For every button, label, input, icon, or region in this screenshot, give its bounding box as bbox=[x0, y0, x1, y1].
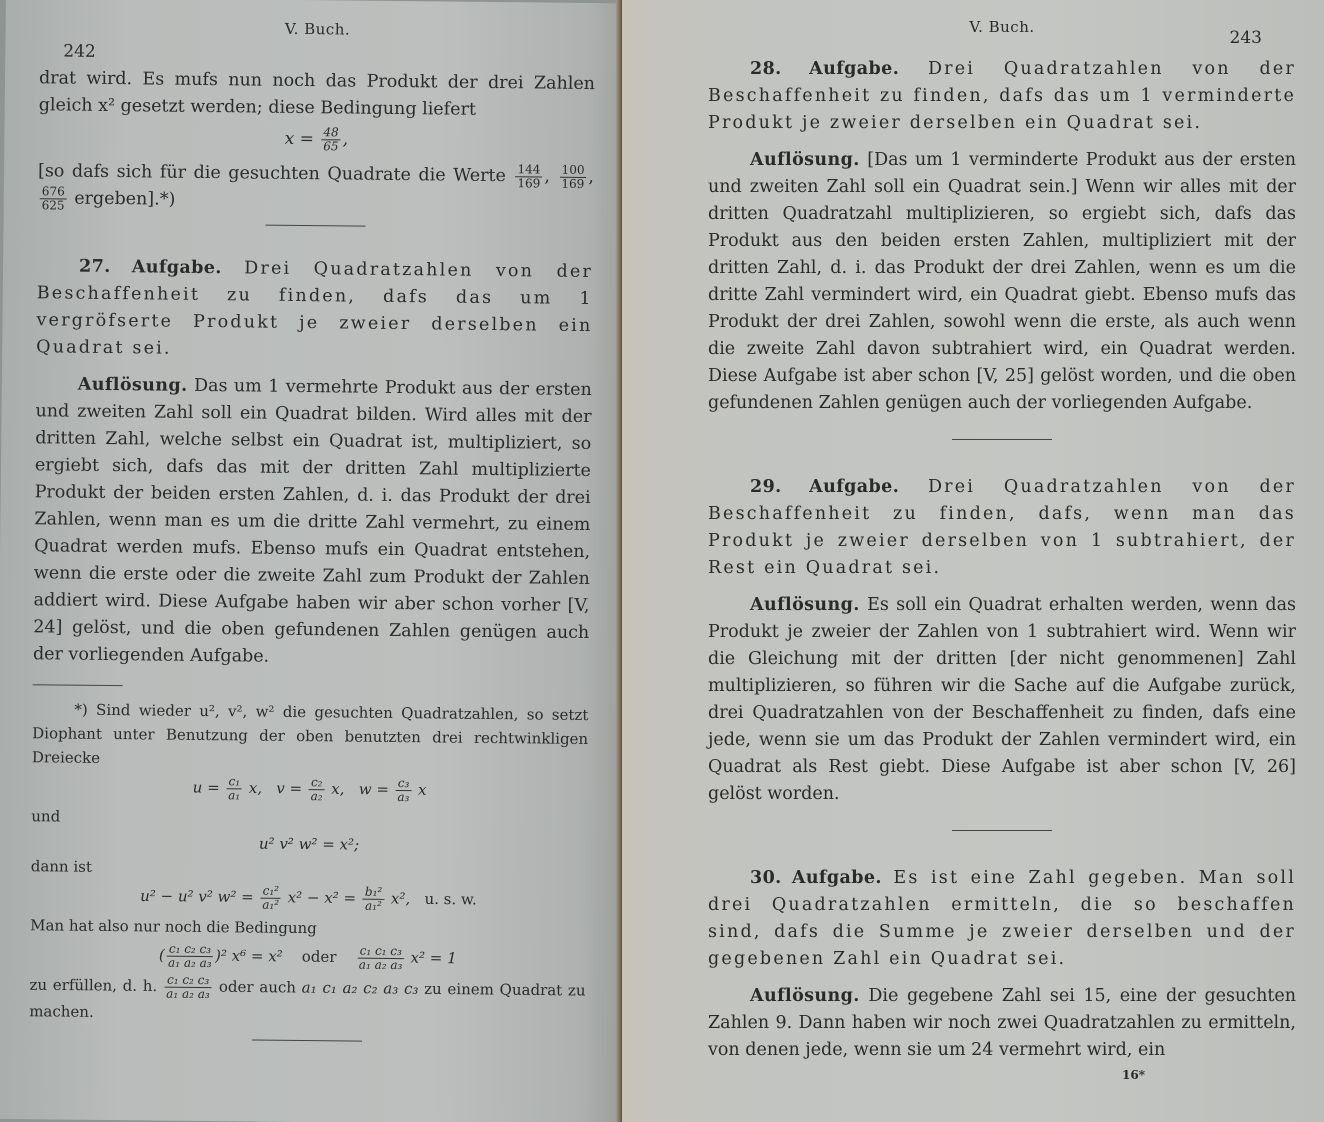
fraction: c₂a₂ bbox=[309, 776, 325, 803]
fraction: c₁²a₁² bbox=[260, 885, 281, 912]
problem-30-statement: 30. Aufgabe. Es ist eine Zahl gegeben. M… bbox=[708, 865, 1296, 973]
fraction: 100169 bbox=[559, 164, 586, 191]
problem-28-solution: Auflösung. [Das um 1 verminderte Produkt… bbox=[708, 147, 1296, 417]
values-sentence: [so dafs sich für die gesuchten Quadrate… bbox=[38, 158, 595, 218]
end-divider bbox=[252, 1040, 362, 1042]
problem-label: 29. Aufgabe. bbox=[750, 477, 899, 497]
footnote-condition-intro: Man hat also nur noch die Bedingung bbox=[30, 913, 586, 943]
continuation-text: drat wird. Es mufs nun noch das Produkt … bbox=[39, 65, 596, 125]
page-number: 243 bbox=[1230, 28, 1262, 48]
problem-27-statement: 27. Aufgabe. Drei Quadratzahlen von der … bbox=[36, 253, 593, 367]
fraction: c₁ c₂ c₃a₁ a₂ a₃ bbox=[167, 943, 214, 970]
footnote-und: und bbox=[31, 804, 587, 834]
footnote-eq-condition: (c₁ c₂ c₃a₁ a₂ a₃)² x⁶ = x² oder c₁ c₁ c… bbox=[30, 941, 586, 974]
solution-label: Auflösung. bbox=[78, 375, 188, 396]
fraction: b₁²a₁² bbox=[363, 886, 385, 913]
solution-label: Auflösung. bbox=[750, 986, 860, 1006]
section-divider bbox=[952, 439, 1052, 440]
fraction: c₁ c₁ c₃a₁ a₂ a₃ bbox=[357, 945, 404, 972]
page-number: 242 bbox=[63, 41, 96, 61]
section-divider bbox=[265, 225, 365, 227]
solution-label: Auflösung. bbox=[750, 595, 860, 615]
footnote-closing: zu erfüllen, d. h. c₁ c₂ c₃a₁ a₂ a₃ oder… bbox=[29, 972, 586, 1029]
fraction: c₁ c₂ c₃a₁ a₂ a₃ bbox=[165, 974, 212, 1001]
book-spread: V. Buch. 242 drat wird. Es mufs nun noch… bbox=[0, 0, 1324, 1122]
footnote-eq-uvw: u = c₁a₁ x, v = c₂a₂ x, w = c₃a₃ x bbox=[31, 773, 587, 806]
footnote-eq-product: u² v² w² = x²; bbox=[31, 832, 587, 856]
fraction: 4865 bbox=[321, 126, 341, 153]
problem-28-statement: 28. Aufgabe. Drei Quadratzahlen von der … bbox=[708, 56, 1296, 137]
solution-label: Auflösung. bbox=[750, 150, 860, 170]
problem-30-solution: Auflösung. Die gegebene Zahl sei 15, ein… bbox=[708, 983, 1296, 1064]
footnote: *) Sind wieder u², v², w² die gesuchten … bbox=[29, 697, 588, 1029]
problem-29-solution: Auflösung. Es soll ein Quadrat erhalten … bbox=[708, 592, 1296, 808]
fraction: 676625 bbox=[40, 185, 67, 212]
problem-29-statement: 29. Aufgabe. Drei Quadratzahlen von der … bbox=[708, 474, 1296, 582]
signature-mark: 16* bbox=[1122, 1068, 1145, 1082]
left-page: V. Buch. 242 drat wird. Es mufs nun noch… bbox=[0, 0, 628, 1122]
problem-label: 28. Aufgabe. bbox=[750, 59, 899, 79]
fraction: 144169 bbox=[515, 163, 542, 190]
running-head: V. Buch. bbox=[39, 0, 595, 41]
footnote-intro: *) Sind wieder u², v², w² die gesuchten … bbox=[32, 697, 589, 775]
footnote-divider bbox=[33, 684, 123, 686]
running-head: V. Buch. bbox=[708, 0, 1296, 36]
right-page: V. Buch. 243 28. Aufgabe. Drei Quadratza… bbox=[622, 0, 1324, 1122]
fraction: c₃a₃ bbox=[396, 777, 412, 804]
section-divider bbox=[952, 830, 1052, 831]
problem-label: 30. Aufgabe. bbox=[750, 868, 882, 888]
problem-27-solution: Auflösung. Das um 1 vermehrte Produkt au… bbox=[33, 371, 592, 674]
fraction: c₁a₁ bbox=[226, 775, 242, 802]
problem-label: 27. Aufgabe. bbox=[79, 257, 222, 278]
footnote-eq-difference: u² − u² v² w² = c₁²a₁² x² − x² = b₁²a₁² … bbox=[30, 882, 586, 915]
equation-x: x = 4865, bbox=[38, 123, 594, 156]
footnote-dann-ist: dann ist bbox=[31, 854, 587, 884]
